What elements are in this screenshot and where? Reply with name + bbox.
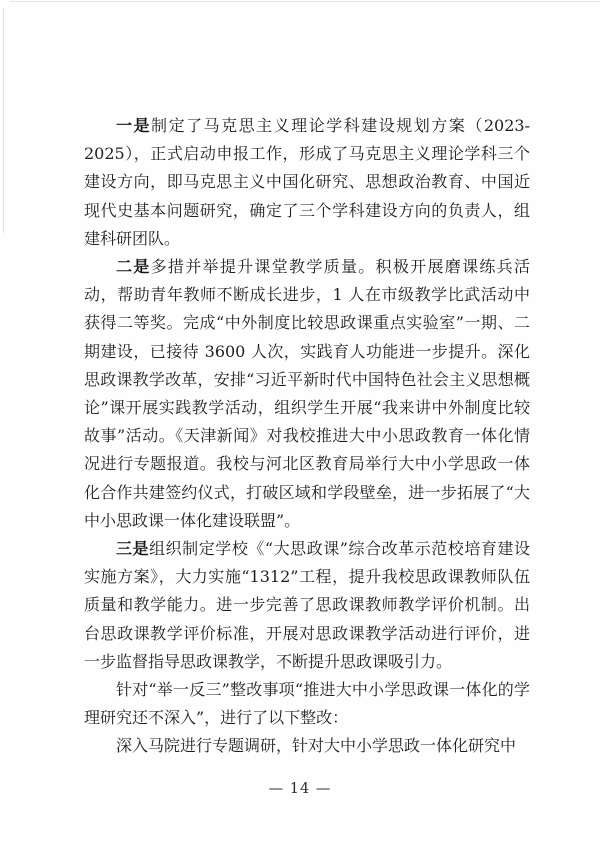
scan-edge-left [3, 8, 4, 233]
scan-edge-top [10, 1, 600, 2]
paragraph-3: 三是组织制定学校《“大思政课”综合改革示范校培育建设实施方案》，大力实施“131… [84, 535, 530, 676]
paragraph-1-text: 制定了马克思主义理论学科建设规划方案（2023-2025），正式启动申报工作，形… [84, 116, 530, 248]
paragraph-4-text: 针对“举一反三”整改事项“推进大中小学思政课一体化的学理研究还不深入”，进行了以… [84, 680, 530, 727]
paragraph-2-lead: 二是 [116, 257, 151, 276]
document-body: 一是制定了马克思主义理论学科建设规划方案（2023-2025），正式启动申报工作… [84, 112, 530, 761]
paragraph-1: 一是制定了马克思主义理论学科建设规划方案（2023-2025），正式启动申报工作… [84, 112, 530, 253]
page-number: — 14 — [0, 781, 600, 797]
paragraph-3-lead: 三是 [116, 539, 149, 558]
paragraph-5-text: 深入马院进行专题调研，针对大中小学思政一体化研究中 [116, 736, 516, 755]
paragraph-2: 二是多措并举提升课堂教学质量。积极开展磨课练兵活动，帮助青年教师不断成长进步，1… [84, 253, 530, 535]
paragraph-1-lead: 一是 [116, 116, 151, 135]
paragraph-5: 深入马院进行专题调研，针对大中小学思政一体化研究中 [84, 732, 530, 760]
document-page: 一是制定了马克思主义理论学科建设规划方案（2023-2025），正式启动申报工作… [0, 0, 600, 848]
paragraph-3-text: 组织制定学校《“大思政课”综合改革示范校培育建设实施方案》，大力实施“1312”… [84, 539, 530, 671]
paragraph-4: 针对“举一反三”整改事项“推进大中小学思政课一体化的学理研究还不深入”，进行了以… [84, 676, 530, 732]
paragraph-2-text: 多措并举提升课堂教学质量。积极开展磨课练兵活动，帮助青年教师不断成长进步，1 人… [84, 257, 530, 530]
